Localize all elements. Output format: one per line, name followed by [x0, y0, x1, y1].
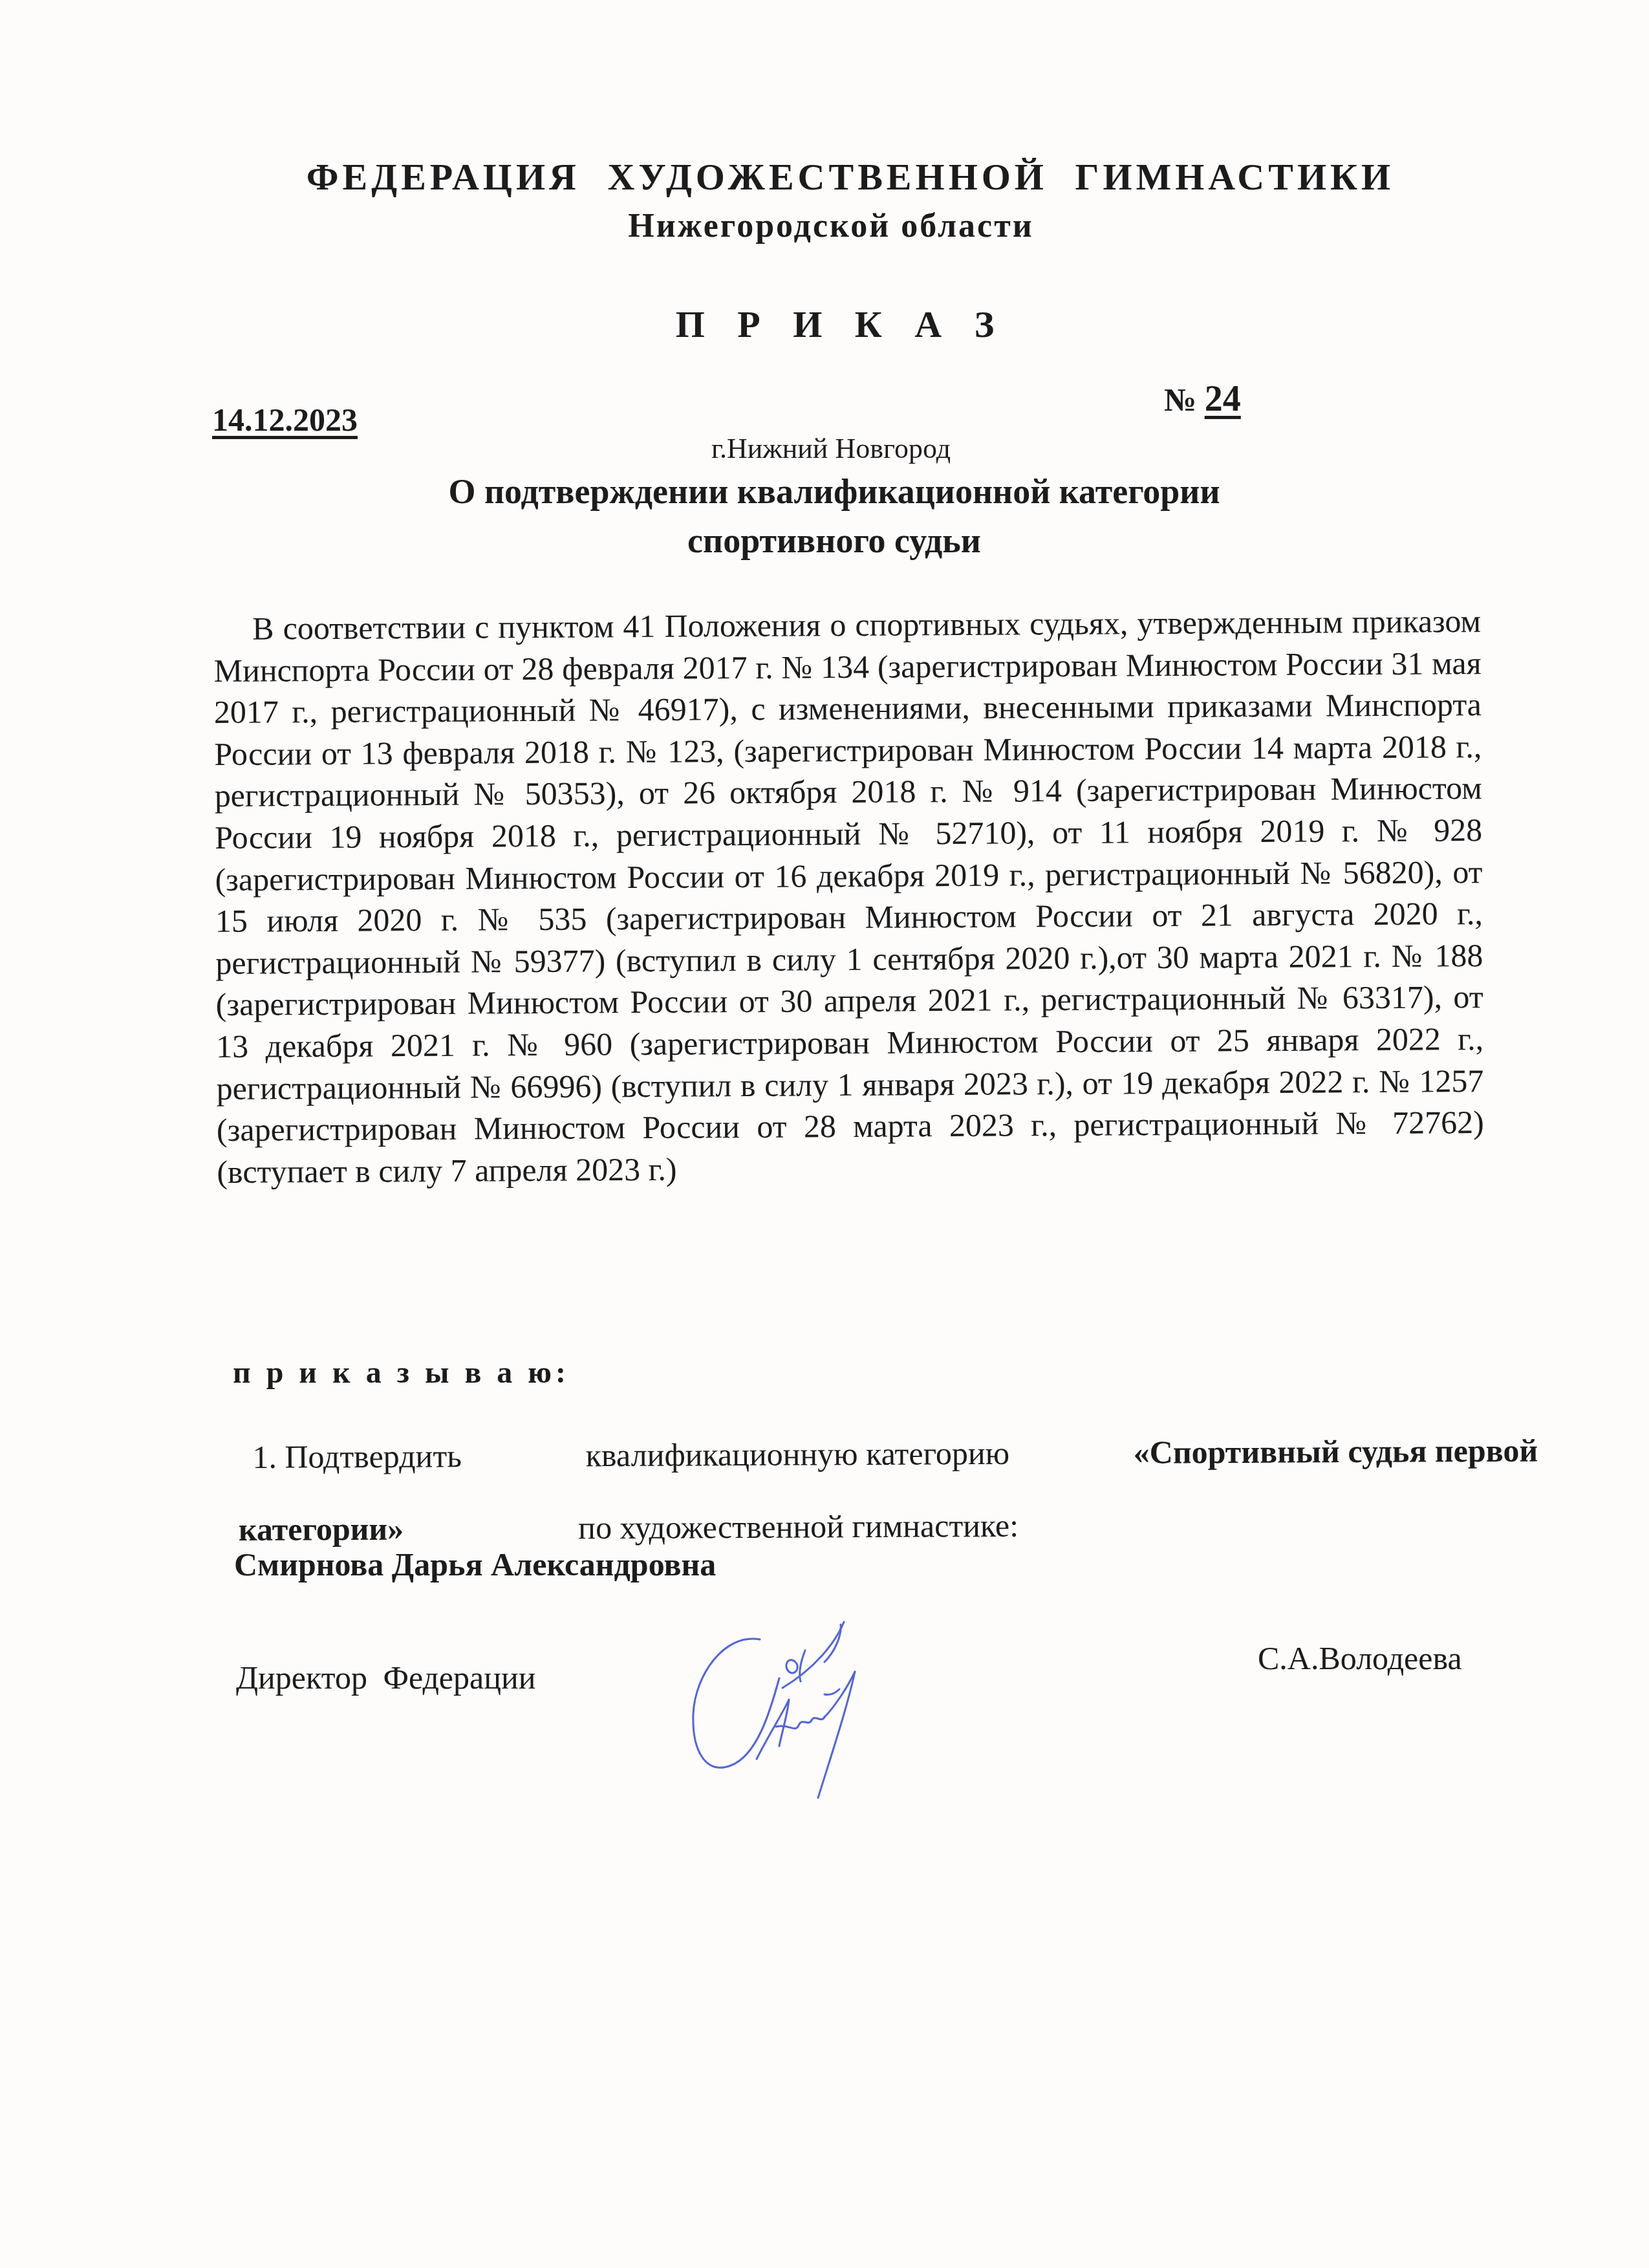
number-value: 24: [1205, 379, 1241, 419]
item-category-part-2: категории»: [239, 1511, 404, 1548]
organization-title: ФЕДЕРАЦИЯ ХУДОЖЕСТВЕННОЙ ГИМНАСТИКИ: [0, 155, 1649, 199]
subject-line-1: О подтверждении квалификационной категор…: [19, 467, 1649, 516]
organization-region: Нижегородской области: [0, 207, 1649, 245]
person-name: Смирнова Дарья Александровна: [234, 1546, 716, 1583]
order-verb: п р и к а з ы в а ю:: [233, 1355, 570, 1390]
item-sport: по художественной гимнастике:: [578, 1507, 1018, 1546]
item-text-mid: квалификационную категорию: [585, 1417, 1009, 1491]
signer-name: С.А.Володеева: [1258, 1639, 1462, 1677]
document-city: г.Нижний Новгород: [0, 432, 1649, 465]
order-item-line-1: 1. Подтвердить квалификационную категори…: [238, 1414, 1538, 1493]
signer-title: Директор Федерации: [236, 1659, 536, 1696]
item-category-part-1: «Спортивный судья первой: [1133, 1414, 1538, 1488]
document-type: П Р И К А З: [0, 303, 1649, 346]
subject-line-2: спортивного судьи: [19, 516, 1649, 565]
number-sign: №: [1164, 382, 1205, 418]
document-number: № 24: [1164, 378, 1241, 420]
document-page: ФЕДЕРАЦИЯ ХУДОЖЕСТВЕННОЙ ГИМНАСТИКИ Ниже…: [0, 0, 1649, 2268]
order-item-1: 1. Подтвердить квалификационную категори…: [238, 1414, 1538, 1566]
document-subject: О подтверждении квалификационной категор…: [0, 467, 1649, 565]
preamble-paragraph: В соответствии с пунктом 41 Положения о …: [213, 600, 1484, 1193]
handwritten-signature-icon: [685, 1617, 957, 1811]
item-number-action: 1. Подтвердить: [252, 1420, 462, 1493]
